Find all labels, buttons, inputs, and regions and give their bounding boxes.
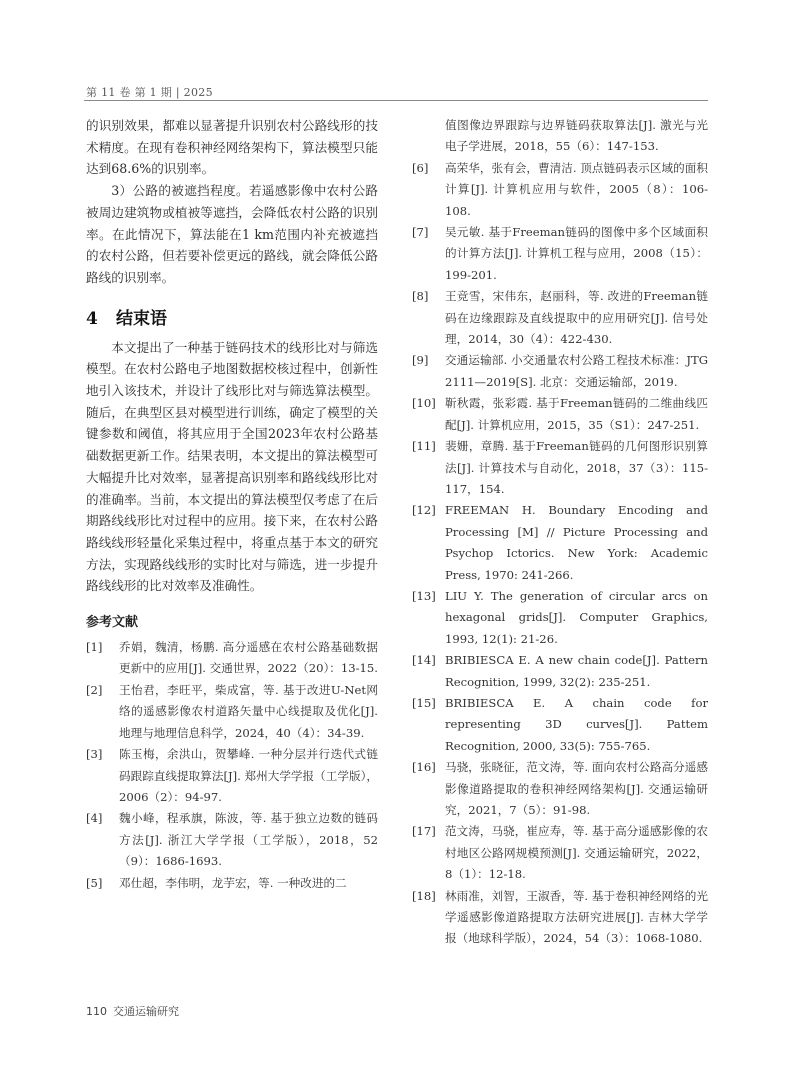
reference-item: [11] 裴姗，章腾. 基于Freeman链码的几何图形识别算法[J]. 计算技…: [412, 436, 708, 500]
reference-text: 吴元敏. 基于Freeman链码的图像中多个区域面积的计算方法[J]. 计算机工…: [445, 222, 708, 286]
body-paragraph: 3）公路的被遮挡程度。若遥感影像中农村公路被周边建筑物或植被等遮挡，会降低农村公…: [86, 180, 378, 289]
reference-item: [2] 王怡君，李旺平，柴成富，等. 基于改进U-Net网络的遥感影像农村道路矢…: [86, 680, 378, 744]
reference-text: 王怡君，李旺平，柴成富，等. 基于改进U-Net网络的遥感影像农村道路矢量中心线…: [119, 680, 378, 744]
reference-text: 乔娟，魏清，杨鹏. 高分遥感在农村公路基础数据更新中的应用[J]. 交通世界，2…: [119, 637, 378, 680]
reference-label: [11]: [412, 436, 445, 500]
reference-item: [12] FREEMAN H. Boundary Encoding and Pr…: [412, 500, 708, 586]
reference-text: 王竞雪，宋伟东，赵丽科，等. 改进的Freeman链码在边缘跟踪及直线提取中的应…: [445, 286, 708, 350]
body-paragraph: 的识别效果，都难以显著提升识别农村公路线形的技术精度。在现有卷积神经网络架构下，…: [86, 115, 378, 180]
header-rule: [84, 100, 708, 101]
reference-text: FREEMAN H. Boundary Encoding and Process…: [445, 500, 708, 586]
reference-text: 范文涛，马骁，崔应寿，等. 基于高分遥感影像的农村地区公路网规模预测[J]. 交…: [445, 821, 708, 885]
reference-label: [13]: [412, 586, 445, 650]
reference-label: [8]: [412, 286, 445, 350]
right-column: 值图像边界跟踪与边界链码获取算法[J]. 激光与光电子学进展，2018，55（6…: [412, 115, 708, 950]
reference-item: [8] 王竞雪，宋伟东，赵丽科，等. 改进的Freeman链码在边缘跟踪及直线提…: [412, 286, 708, 350]
reference-item: [3] 陈玉梅，余洪山，贺攀峰. 一种分层并行迭代式链码跟踪直线提取算法[J].…: [86, 744, 378, 808]
reference-item: [13] LIU Y. The generation of circular a…: [412, 586, 708, 650]
reference-label: [6]: [412, 158, 445, 222]
reference-item: [18] 林雨准，刘智，王淑香，等. 基于卷积神经网络的光学遥感影像道路提取方法…: [412, 886, 708, 950]
reference-item: [10] 靳秋霞，张彩霞. 基于Freeman链码的二维曲线匹配[J]. 计算机…: [412, 393, 708, 436]
references-title: 参考文献: [86, 613, 378, 633]
reference-item: [14] BRIBIESCA E. A new chain code[J]. P…: [412, 650, 708, 693]
reference-item: [1] 乔娟，魏清，杨鹏. 高分遥感在农村公路基础数据更新中的应用[J]. 交通…: [86, 637, 378, 680]
reference-text: 陈玉梅，余洪山，贺攀峰. 一种分层并行迭代式链码跟踪直线提取算法[J]. 郑州大…: [119, 744, 378, 808]
reference-label: [18]: [412, 886, 445, 950]
reference-label: [16]: [412, 757, 445, 821]
left-column: 的识别效果，都难以显著提升识别农村公路线形的技术精度。在现有卷积神经网络架构下，…: [86, 115, 378, 894]
reference-label: [5]: [86, 873, 119, 894]
section-number: 4: [86, 307, 116, 331]
reference-label: [1]: [86, 637, 119, 680]
reference-text: 交通运输部. 小交通量农村公路工程技术标准：JTG 2111—2019[S]. …: [445, 350, 708, 393]
reference-label: [9]: [412, 350, 445, 393]
reference-text-part1: 邓仕超，李伟明，龙芋宏，等. 一种改进的二: [119, 873, 378, 894]
section-title: 结束语: [116, 309, 167, 329]
page-footer: 110交通运输研究: [86, 1003, 179, 1019]
reference-item: [15] BRIBIESCA E. A chain code for repre…: [412, 693, 708, 757]
reference-item: [16] 马骁，张晓征，范文涛，等. 面向农村公路高分遥感影像道路提取的卷积神经…: [412, 757, 708, 821]
reference-text: 林雨准，刘智，王淑香，等. 基于卷积神经网络的光学遥感影像道路提取方法研究进展[…: [445, 886, 708, 950]
reference-text-part2: 值图像边界跟踪与边界链码获取算法[J]. 激光与光电子学进展，2018，55（6…: [445, 115, 708, 158]
journal-name: 交通运输研究: [113, 1005, 179, 1018]
reference-text: 靳秋霞，张彩霞. 基于Freeman链码的二维曲线匹配[J]. 计算机应用，20…: [445, 393, 708, 436]
reference-text: BRIBIESCA E. A new chain code[J]. Patter…: [445, 650, 708, 693]
reference-label: [14]: [412, 650, 445, 693]
page-number: 110: [86, 1005, 107, 1018]
reference-text: BRIBIESCA E. A chain code for representi…: [445, 693, 708, 757]
reference-label: [3]: [86, 744, 119, 808]
reference-item: [17] 范文涛，马骁，崔应寿，等. 基于高分遥感影像的农村地区公路网规模预测[…: [412, 821, 708, 885]
reference-label: [17]: [412, 821, 445, 885]
reference-item-continued: 值图像边界跟踪与边界链码获取算法[J]. 激光与光电子学进展，2018，55（6…: [412, 115, 708, 158]
reference-text: 魏小峰，程承旗，陈波，等. 基于独立边数的链码方法[J]. 浙江大学学报（工学版…: [119, 808, 378, 872]
reference-label: [10]: [412, 393, 445, 436]
reference-item: [5] 邓仕超，李伟明，龙芋宏，等. 一种改进的二: [86, 873, 378, 894]
reference-item: [9] 交通运输部. 小交通量农村公路工程技术标准：JTG 2111—2019[…: [412, 350, 708, 393]
reference-label: [7]: [412, 222, 445, 286]
conclusion-paragraph: 本文提出了一种基于链码技术的线形比对与筛选模型。在农村公路电子地图数据校核过程中…: [86, 337, 378, 597]
reference-text: 高荣华，张有会，曹清洁. 顶点链码表示区域的面积计算[J]. 计算机应用与软件，…: [445, 158, 708, 222]
reference-text: 裴姗，章腾. 基于Freeman链码的几何图形识别算法[J]. 计算技术与自动化…: [445, 436, 708, 500]
running-head: 第 11 卷 第 1 期 | 2025: [86, 84, 213, 100]
reference-label: [12]: [412, 500, 445, 586]
reference-label: [4]: [86, 808, 119, 872]
section-heading: 4结束语: [86, 307, 378, 331]
reference-item: [6] 高荣华，张有会，曹清洁. 顶点链码表示区域的面积计算[J]. 计算机应用…: [412, 158, 708, 222]
reference-text: LIU Y. The generation of circular arcs o…: [445, 586, 708, 650]
reference-label: [2]: [86, 680, 119, 744]
reference-text: 马骁，张晓征，范文涛，等. 面向农村公路高分遥感影像道路提取的卷积神经网络架构[…: [445, 757, 708, 821]
reference-item: [7] 吴元敏. 基于Freeman链码的图像中多个区域面积的计算方法[J]. …: [412, 222, 708, 286]
reference-item: [4] 魏小峰，程承旗，陈波，等. 基于独立边数的链码方法[J]. 浙江大学学报…: [86, 808, 378, 872]
reference-label: [15]: [412, 693, 445, 757]
